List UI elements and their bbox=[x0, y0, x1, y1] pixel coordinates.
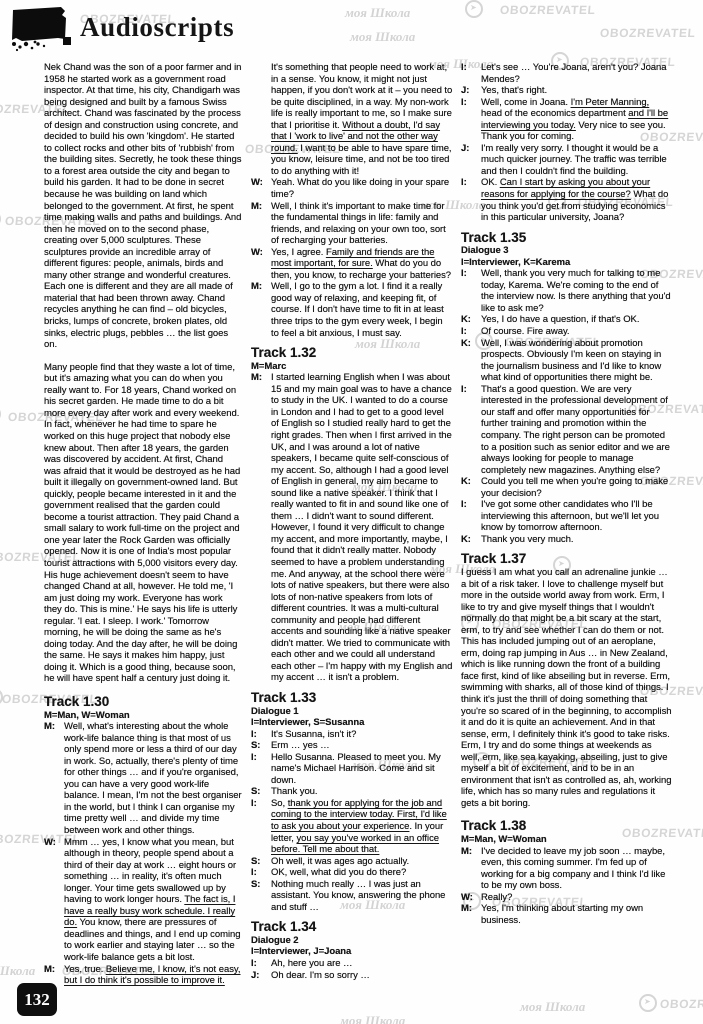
dialogue-line: I:OK. Can I start by asking you about yo… bbox=[461, 177, 672, 223]
track-heading: Track 1.30 bbox=[44, 696, 242, 708]
speaker-label: M: bbox=[461, 903, 481, 926]
dialogue-text: I've decided to leave my job soon … mayb… bbox=[481, 846, 672, 892]
dialogue-line: M:I started learning English when I was … bbox=[251, 372, 453, 684]
dialogue-text: Erm … yes … bbox=[271, 740, 453, 752]
dialogue-text: Let's see … You're Joana, aren't you? Jo… bbox=[481, 62, 672, 85]
speaker-label: I: bbox=[251, 729, 271, 741]
dialogue-line: K:Thank you very much. bbox=[461, 534, 672, 546]
watermark-school-text: моя Школа bbox=[350, 29, 415, 44]
dialogue-line: I:Well, come in Joana. I'm Peter Manning… bbox=[461, 97, 672, 143]
dialogue-text: Well, I go to the gym a lot. I find it a… bbox=[271, 281, 453, 339]
dialogue-line: I:Let's see … You're Joana, aren't you? … bbox=[461, 62, 672, 85]
speaker-label: I: bbox=[251, 798, 271, 856]
dialogue-line: K:Well, I was wondering about promotion … bbox=[461, 338, 672, 384]
speaker-key-line: M=Man, W=Woman bbox=[461, 834, 672, 846]
dialogue-text: Nothing much really … I was just an assi… bbox=[271, 879, 453, 914]
speaker-label: I: bbox=[461, 62, 481, 85]
watermark-school: моя Школа bbox=[0, 962, 35, 980]
dialogue-line: I:Well, thank you very much for talking … bbox=[461, 268, 672, 314]
dialogue-line: I:I've got some other candidates who I'l… bbox=[461, 499, 672, 534]
dialogue-text: Of course. Fire away. bbox=[481, 326, 672, 338]
speaker-label: I: bbox=[461, 499, 481, 534]
track-heading: Track 1.37 bbox=[461, 553, 672, 565]
narrative-paragraph: Many people find that they waste a lot o… bbox=[44, 362, 242, 685]
speaker-key-line: M=Marc bbox=[251, 361, 453, 373]
watermark-logo-icon: ➤ bbox=[462, 0, 486, 20]
dialogue-text: Yes, I agree. Family and friends are the… bbox=[271, 247, 453, 282]
watermark-logo-icon: ➤ bbox=[0, 210, 4, 230]
dialogue-text: Well, I think it's important to make tim… bbox=[271, 201, 453, 247]
track-heading: Track 1.33 bbox=[251, 692, 453, 704]
speaker-label: M: bbox=[44, 721, 64, 836]
speaker-label: I: bbox=[461, 177, 481, 223]
speaker-label: S: bbox=[251, 856, 271, 868]
circle-arrow-icon: ➤ bbox=[465, 0, 483, 18]
dialogue-line: W:Really? bbox=[461, 892, 672, 904]
speaker-label: I: bbox=[251, 867, 271, 879]
watermark-brand-text: OBOZREVATEL bbox=[499, 3, 596, 17]
page-number-badge: 132 bbox=[17, 983, 57, 1016]
watermark-brand: OBOZREVATEL bbox=[600, 24, 696, 42]
column-3: I:Let's see … You're Joana, aren't you? … bbox=[461, 62, 672, 926]
dialogue-text: Thank you. bbox=[271, 786, 453, 798]
watermark-school-text: моя Школа bbox=[340, 1013, 405, 1024]
speaker-label: J: bbox=[461, 143, 481, 178]
speaker-label: I: bbox=[251, 752, 271, 787]
dialogue-line: M:Well, I think it's important to make t… bbox=[251, 201, 453, 247]
watermark-school-text: моя Школа bbox=[520, 999, 585, 1014]
dialogue-text: Thank you very much. bbox=[481, 534, 672, 546]
speaker-label: W: bbox=[461, 892, 481, 904]
speaker-label: W: bbox=[251, 177, 271, 200]
speaker-label: M: bbox=[251, 372, 271, 684]
speaker-label: I: bbox=[461, 268, 481, 314]
track-heading: Track 1.35 bbox=[461, 232, 672, 244]
track-heading: Track 1.34 bbox=[251, 921, 453, 933]
dialogue-text: Ah, here you are … bbox=[271, 958, 453, 970]
watermark-brand-text: OBOZREVATEL bbox=[659, 997, 703, 1011]
watermark-logo-icon: ➤ bbox=[0, 688, 6, 708]
dialogue-text: Mmm … yes, I know what you mean, but alt… bbox=[64, 837, 242, 964]
circle-arrow-icon: ➤ bbox=[639, 994, 657, 1012]
speaker-key-line: Dialogue 3 bbox=[461, 245, 672, 257]
dialogue-line: W:Yeah. What do you like doing in your s… bbox=[251, 177, 453, 200]
watermark-brand: OBOZREVATEL bbox=[660, 995, 703, 1013]
circle-arrow-icon: ➤ bbox=[0, 688, 3, 706]
watermark-logo-icon: ➤ bbox=[0, 405, 4, 425]
dialogue-text: I'm really very sorry. I thought it woul… bbox=[481, 143, 672, 178]
dialogue-line: W:Yes, I agree. Family and friends are t… bbox=[251, 247, 453, 282]
dialogue-line: S:Thank you. bbox=[251, 786, 453, 798]
watermark-school: моя Школа bbox=[340, 1012, 405, 1024]
dialogue-text: OK, well, what did you do there? bbox=[271, 867, 453, 879]
speaker-key-line: Dialogue 1 bbox=[251, 706, 453, 718]
dialogue-text: Yes, I do have a question, if that's OK. bbox=[481, 314, 672, 326]
speaker-key-line: M=Man, W=Woman bbox=[44, 710, 242, 722]
dialogue-line: M:Well, I go to the gym a lot. I find it… bbox=[251, 281, 453, 339]
speaker-label: J: bbox=[461, 85, 481, 97]
speaker-label: S: bbox=[251, 740, 271, 752]
dialogue-text: Yeah. What do you like doing in your spa… bbox=[271, 177, 453, 200]
dialogue-text: I started learning English when I was ab… bbox=[271, 372, 453, 684]
dialogue-text: Hello Susanna. Pleased to meet you. My n… bbox=[271, 752, 453, 787]
watermark-school: моя Школа bbox=[520, 998, 585, 1016]
dialogue-text: I've got some other candidates who I'll … bbox=[481, 499, 672, 534]
speaker-key-line: I=Interviewer, S=Susanna bbox=[251, 717, 453, 729]
dialogue-text: Yes, true. Believe me, I know, it's not … bbox=[64, 964, 242, 987]
dialogue-text: Well, come in Joana. I'm Peter Manning, … bbox=[481, 97, 672, 143]
watermark-school-text: моя Школа bbox=[345, 5, 410, 20]
audioscripts-page: Audioscripts Nek Chand was the son of a … bbox=[0, 0, 703, 1024]
circle-arrow-icon: ➤ bbox=[0, 405, 1, 423]
speaker-label: W: bbox=[44, 837, 64, 964]
dialogue-text: It's Susanna, isn't it? bbox=[271, 729, 453, 741]
page-title: Audioscripts bbox=[80, 12, 234, 43]
dialogue-line: M:Well, what's interesting about the who… bbox=[44, 721, 242, 836]
dialogue-line: W:Mmm … yes, I know what you mean, but a… bbox=[44, 837, 242, 964]
dialogue-line: J:I'm really very sorry. I thought it wo… bbox=[461, 143, 672, 178]
column-1: Nek Chand was the son of a poor farmer a… bbox=[44, 62, 242, 987]
dialogue-text: Well, what's interesting about the whole… bbox=[64, 721, 242, 836]
dialogue-line: J:Oh dear. I'm so sorry … bbox=[251, 970, 453, 982]
track-heading: Track 1.38 bbox=[461, 820, 672, 832]
speaker-label: M: bbox=[251, 281, 271, 339]
dialogue-line: K:Yes, I do have a question, if that's O… bbox=[461, 314, 672, 326]
dialogue-line: I:It's Susanna, isn't it? bbox=[251, 729, 453, 741]
speaker-label: K: bbox=[461, 534, 481, 546]
dialogue-line: S:Nothing much really … I was just an as… bbox=[251, 879, 453, 914]
speaker-label: K: bbox=[461, 338, 481, 384]
speaker-key-line: Dialogue 2 bbox=[251, 935, 453, 947]
narrative-paragraph: I guess I am what you call an adrenaline… bbox=[461, 567, 672, 809]
dialogue-line: I:OK, well, what did you do there? bbox=[251, 867, 453, 879]
speaker-label: M: bbox=[461, 846, 481, 892]
circle-arrow-icon: ➤ bbox=[0, 210, 1, 228]
dialogue-text: Could you tell me when you're going to m… bbox=[481, 476, 672, 499]
dialogue-line: S:Erm … yes … bbox=[251, 740, 453, 752]
speaker-label: J: bbox=[251, 970, 271, 982]
speaker-label: W: bbox=[251, 247, 271, 282]
speaker-label: I: bbox=[461, 97, 481, 143]
dialogue-line: I:That's a good question. We are very in… bbox=[461, 384, 672, 476]
narrative-paragraph: It's something that people need to work … bbox=[251, 62, 453, 177]
dialogue-line: I:Hello Susanna. Pleased to meet you. My… bbox=[251, 752, 453, 787]
column-2: It's something that people need to work … bbox=[251, 62, 453, 981]
dialogue-line: M:I've decided to leave my job soon … ma… bbox=[461, 846, 672, 892]
dialogue-text: So, thank you for applying for the job a… bbox=[271, 798, 453, 856]
dialogue-text: Well, I was wondering about promotion pr… bbox=[481, 338, 672, 384]
dialogue-line: S:Oh well, it was ages ago actually. bbox=[251, 856, 453, 868]
dialogue-line: K:Could you tell me when you're going to… bbox=[461, 476, 672, 499]
speaker-key-line: I=Interviewer, K=Karema bbox=[461, 257, 672, 269]
speaker-label: S: bbox=[251, 786, 271, 798]
ink-blob-logo bbox=[8, 5, 78, 55]
watermark-logo-icon: ➤ bbox=[636, 994, 660, 1014]
dialogue-text: Really? bbox=[481, 892, 672, 904]
dialogue-line: M:Yes, I'm thinking about starting my ow… bbox=[461, 903, 672, 926]
speaker-label: I: bbox=[251, 958, 271, 970]
dialogue-line: J:Yes, that's right. bbox=[461, 85, 672, 97]
dialogue-text: Oh dear. I'm so sorry … bbox=[271, 970, 453, 982]
dialogue-text: Oh well, it was ages ago actually. bbox=[271, 856, 453, 868]
dialogue-text: OK. Can I start by asking you about your… bbox=[481, 177, 672, 223]
speaker-label: K: bbox=[461, 314, 481, 326]
watermark-school-text: моя Школа bbox=[0, 963, 35, 978]
speaker-key-line: I=Interviewer, J=Joana bbox=[251, 946, 453, 958]
dialogue-line: I:Ah, here you are … bbox=[251, 958, 453, 970]
dialogue-text: That's a good question. We are very inte… bbox=[481, 384, 672, 476]
dialogue-text: Well, thank you very much for talking to… bbox=[481, 268, 672, 314]
dialogue-line: M:Yes, true. Believe me, I know, it's no… bbox=[44, 964, 242, 987]
speaker-label: S: bbox=[251, 879, 271, 914]
dialogue-text: Yes, I'm thinking about starting my own … bbox=[481, 903, 672, 926]
narrative-paragraph: Nek Chand was the son of a poor farmer a… bbox=[44, 62, 242, 351]
watermark-brand: OBOZREVATEL bbox=[500, 1, 596, 19]
dialogue-line: I:So, thank you for applying for the job… bbox=[251, 798, 453, 856]
dialogue-line: I:Of course. Fire away. bbox=[461, 326, 672, 338]
track-heading: Track 1.32 bbox=[251, 347, 453, 359]
dialogue-text: Yes, that's right. bbox=[481, 85, 672, 97]
speaker-label: I: bbox=[461, 384, 481, 476]
speaker-label: M: bbox=[251, 201, 271, 247]
watermark-school: моя Школа bbox=[345, 4, 410, 22]
speaker-label: K: bbox=[461, 476, 481, 499]
watermark-brand-text: OBOZREVATEL bbox=[599, 26, 696, 40]
speaker-label: I: bbox=[461, 326, 481, 338]
watermark-school: моя Школа bbox=[350, 28, 415, 46]
